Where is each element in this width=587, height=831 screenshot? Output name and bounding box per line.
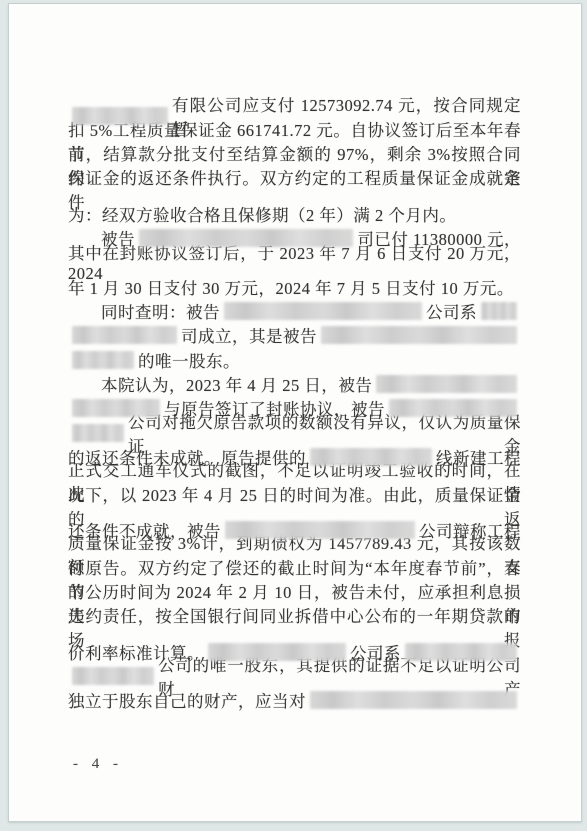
text-line: 价利率标准计算。公司系: [68, 640, 521, 664]
redaction-block: [72, 424, 124, 442]
redaction-block: [72, 399, 160, 417]
text-segment: 独立于股东自己的财产，应当对: [68, 688, 306, 712]
text-line: 同时查明：被告公司系: [68, 299, 521, 323]
redaction-block: [139, 229, 353, 247]
redaction-block: [310, 448, 432, 466]
text-line: 的唯一股东。: [68, 347, 521, 371]
text-line: 本院认为，2023 年 4 月 25 日，被告: [68, 372, 521, 396]
text-line: 其中在封账协议签订后，于 2023 年 7 月 6 日支付 20 万元，2024: [68, 250, 521, 274]
redaction-block: [321, 326, 517, 344]
text-line: 保证金的返还条件执行。双方约定的工程质量保证金成就条件: [68, 177, 521, 201]
document-text: 有限公司应支付 12573092.74 元，按合同规定暂扣 5%工程质量保证金 …: [68, 104, 521, 713]
redaction-block: [72, 351, 134, 369]
redaction-block: [72, 326, 177, 344]
redaction-block: [389, 399, 517, 417]
text-line: 年 1 月 30 日支付 30 万元，2024 年 7 月 5 日支付 10 万…: [68, 274, 521, 298]
text-line: 为：经双方验收合格且保修期（2 年）满 2 个月内。: [68, 201, 521, 225]
text-segment: 的唯一股东。: [138, 348, 240, 372]
text-line: 司成立，其是被告: [68, 323, 521, 347]
redaction-block: [405, 643, 517, 661]
text-line: 公司对拖欠原告款项的数额没有异议，仅认为质量保证金: [68, 420, 521, 444]
redaction-block: [208, 643, 346, 661]
redaction-block: [481, 302, 517, 320]
redaction-block: [310, 691, 517, 709]
text-segment: 为：经双方验收合格且保修期（2 年）满 2 个月内。: [68, 202, 456, 226]
redaction-block: [72, 107, 168, 125]
page-number: - 4 -: [73, 756, 123, 773]
text-line: 违约责任，按全国银行间同业拆借中心公布的一年期贷款市场报: [68, 615, 521, 639]
text-segment: 同时查明：被告: [101, 299, 220, 323]
redaction-block: [72, 667, 154, 685]
text-segment: 公司系: [426, 299, 477, 323]
text-line: 独立于股东自己的财产，应当对: [68, 688, 521, 712]
text-segment: 年 1 月 30 日支付 30 万元，2024 年 7 月 5 日支付 10 万…: [68, 275, 514, 299]
scanned-page: 有限公司应支付 12573092.74 元，按合同规定暂扣 5%工程质量保证金 …: [8, 3, 582, 822]
redaction-block: [376, 375, 517, 393]
text-segment: 司成立，其是被告: [181, 323, 317, 347]
redaction-block: [225, 521, 415, 539]
text-segment: 本院认为，2023 年 4 月 25 日，被告: [101, 372, 372, 396]
redaction-block: [224, 302, 422, 320]
text-line: 公司的唯一股东，其提供的证据不足以证明公司财产: [68, 664, 521, 688]
text-line: 况下，以 2023 年 4 月 25 日的时间为准。由此，质量保证金的返: [68, 494, 521, 518]
